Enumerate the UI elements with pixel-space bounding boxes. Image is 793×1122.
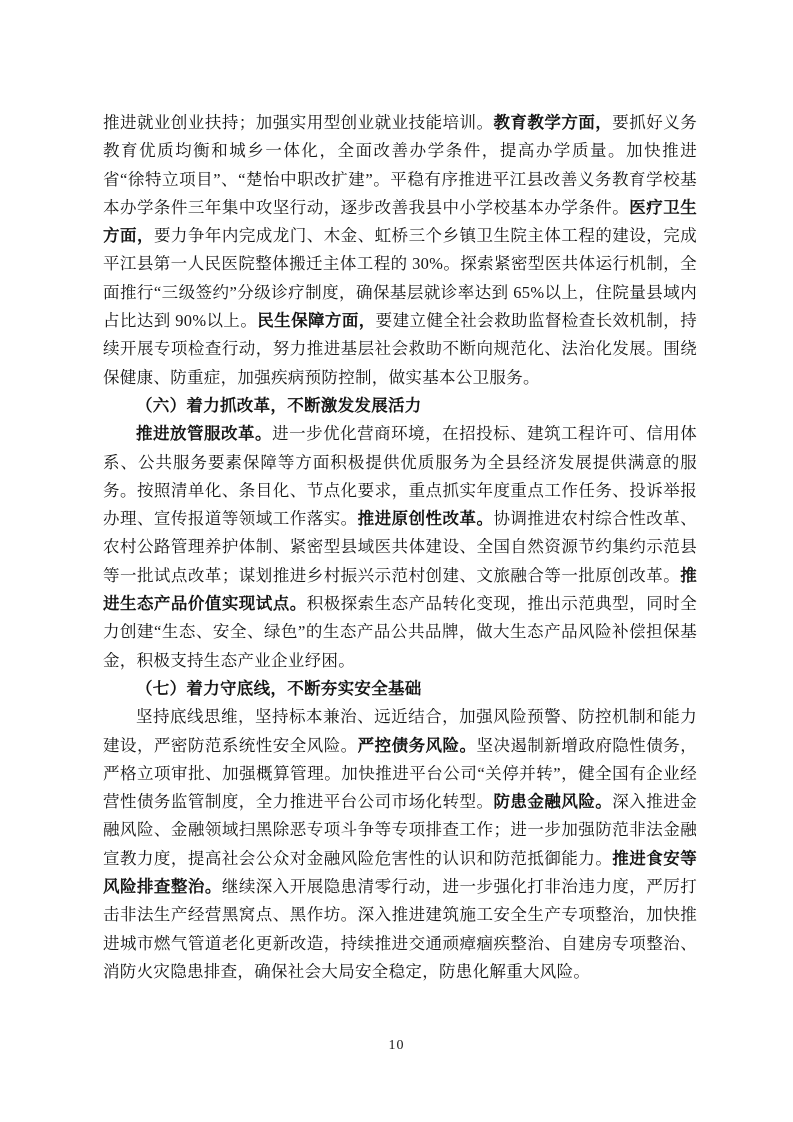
paragraph: 推进放管服改革。进一步优化营商环境，在招投标、建筑工程许可、信用体系、公共服务要…: [103, 420, 697, 675]
text-run: 推进就业创业扶持；加强实用型创业就业技能培训。: [103, 113, 493, 132]
section-heading: （七）着力守底线，不断夯实安全基础: [103, 675, 697, 703]
paragraph: 推进就业创业扶持；加强实用型创业就业技能培训。教育教学方面，要抓好义务教育优质均…: [103, 109, 697, 392]
document-body: 推进就业创业扶持；加强实用型创业就业技能培训。教育教学方面，要抓好义务教育优质均…: [103, 109, 697, 986]
page-number: 10: [0, 1038, 793, 1054]
document-page: 推进就业创业扶持；加强实用型创业就业技能培训。教育教学方面，要抓好义务教育优质均…: [0, 0, 793, 1122]
paragraph: 坚持底线思维，坚持标本兼治、远近结合，加强风险预警、防控机制和能力建设，严密防范…: [103, 703, 697, 986]
bold-text-run: （六）着力抓改革，不断激发发展活力: [136, 396, 422, 415]
bold-text-run: 严控债务风险。: [358, 736, 477, 755]
bold-text-run: 推进原创性改革。: [358, 509, 494, 528]
section-heading: （六）着力抓改革，不断激发发展活力: [103, 392, 697, 420]
bold-text-run: 防患金融风险。: [493, 792, 612, 811]
bold-text-run: 民生保障方面，: [257, 311, 375, 330]
bold-text-run: 教育教学方面，: [493, 113, 612, 132]
bold-text-run: （七）着力守底线，不断夯实安全基础: [136, 679, 422, 698]
bold-text-run: 推进放管服改革。: [136, 424, 272, 443]
